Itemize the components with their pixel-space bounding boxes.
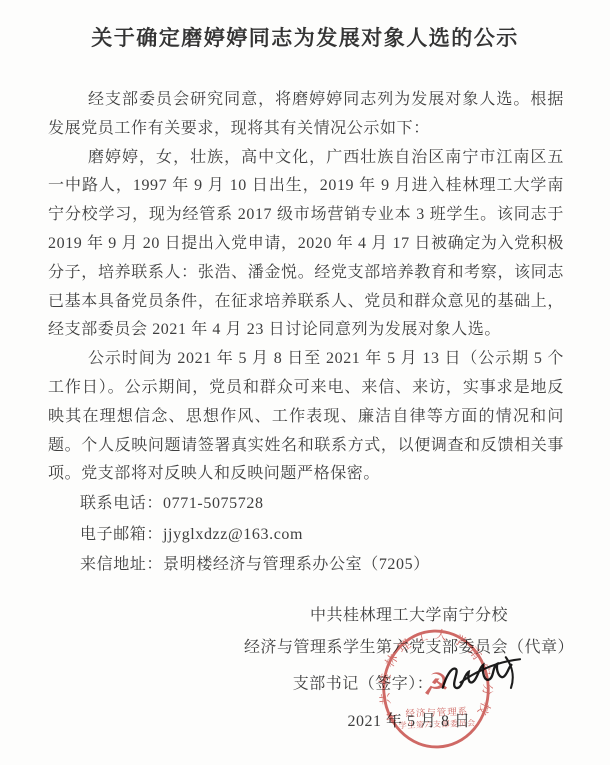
contact-phone-label: 联系电话： (80, 495, 163, 512)
signer-line: 支部书记（签字）： (234, 664, 584, 706)
body-paragraph-intro: 经支部委员会研究同意，将磨婷婷同志列为发展对象人选。根据发展党员工作有关要求，现… (48, 86, 564, 144)
contact-phone-line: 联系电话：0771-5075728 (48, 489, 564, 520)
contact-email-value: jjyglxdzz@163.com (163, 526, 303, 543)
contact-address-value: 景明楼经济与管理系办公室（7205） (163, 556, 430, 573)
signer-label: 支部书记（签字）： (293, 676, 434, 693)
body-paragraph-profile: 磨婷婷，女，壮族，高中文化，广西壮族自治区南宁市江南区五一中路人，1997 年 … (48, 144, 564, 346)
signature-date: 2021 年 5 月 8 日 (234, 706, 584, 738)
signature-block: 中共桂林理工大学南宁分校 经济与管理系学生第六党支部委员会（代章） 支部书记（签… (234, 600, 584, 738)
body-paragraph-notice: 公示时间为 2021 年 5 月 8 日至 2021 年 5 月 13 日（公示… (48, 345, 564, 489)
handwritten-signature (436, 651, 527, 699)
contact-address-line: 来信地址：景明楼经济与管理系办公室（7205） (48, 550, 564, 581)
contact-phone-value: 0771-5075728 (163, 495, 264, 512)
contact-address-label: 来信地址： (80, 556, 163, 573)
document-page: 关于确定磨婷婷同志为发展对象人选的公示 经支部委员会研究同意，将磨婷婷同志列为发… (0, 0, 610, 765)
contact-email-label: 电子邮箱： (80, 526, 163, 543)
document-body: 经支部委员会研究同意，将磨婷婷同志列为发展对象人选。根据发展党员工作有关要求，现… (48, 86, 564, 581)
contact-email-line: 电子邮箱：jjyglxdzz@163.com (48, 520, 564, 551)
signature-org-line-1: 中共桂林理工大学南宁分校 (234, 600, 584, 632)
document-title: 关于确定磨婷婷同志为发展对象人选的公示 (0, 0, 610, 52)
signature-org-line-2: 经济与管理系学生第六党支部委员会（代章） (234, 632, 584, 664)
